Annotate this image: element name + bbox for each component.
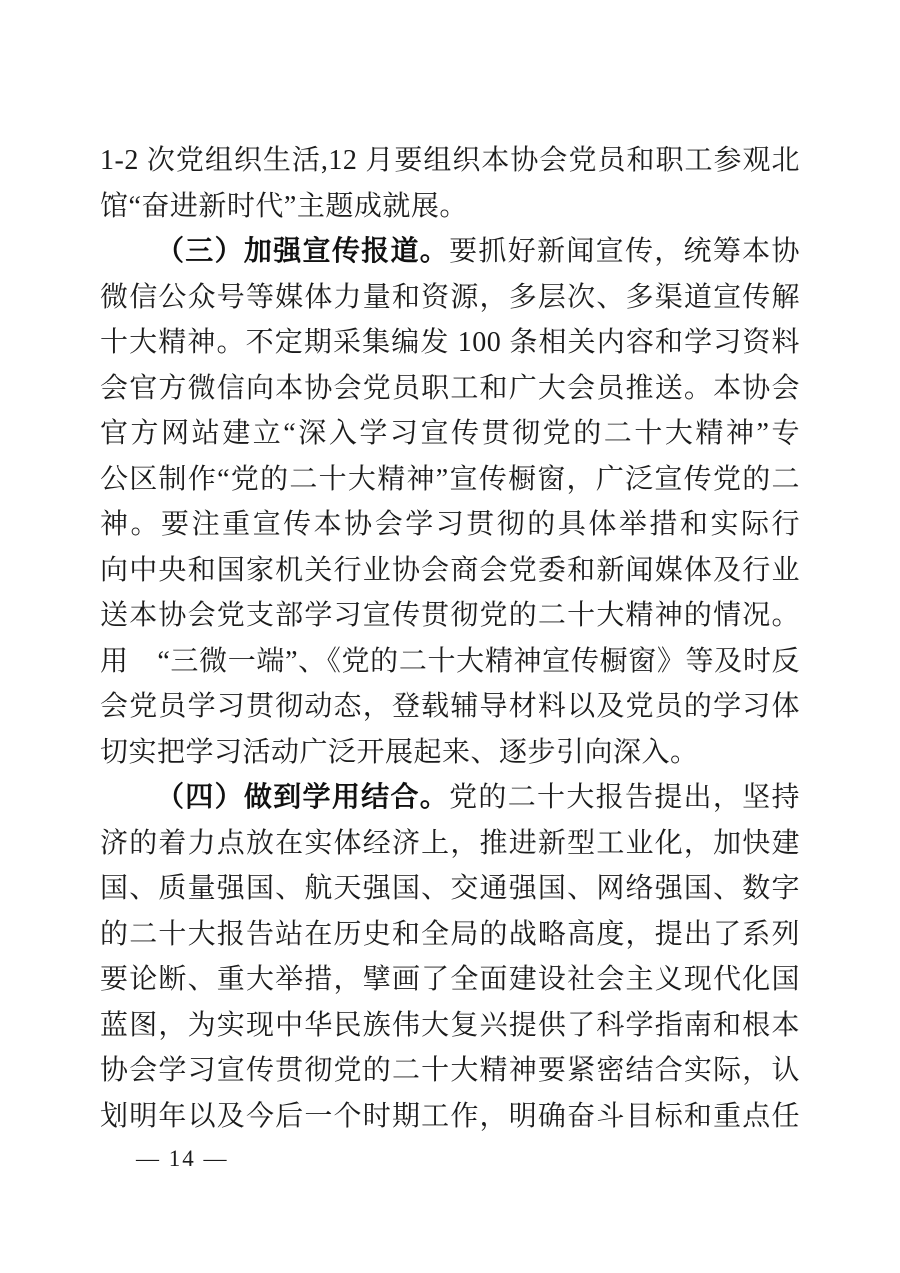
body-line: 公区制作“党的二十大精神”宣传橱窗，广泛宣传党的二十大精 bbox=[100, 457, 800, 503]
body-line: 送本协会党支部学习宣传贯彻党的二十大精神的情况。同时，利 bbox=[100, 593, 800, 639]
body-line: 要论断、重大举措，擘画了全面建设社会主义现代化国家的宏伟 bbox=[100, 957, 800, 1003]
text-block: 1-2 次党组织生活,12 月要组织本协会党员和职工参观北京展览馆“奋进新时代”… bbox=[100, 138, 800, 1139]
body-line: 切实把学习活动广泛开展起来、逐步引向深入。 bbox=[100, 730, 800, 776]
body-line: 国、质量强国、航天强国、交通强国、网络强国、数字中国。党 bbox=[100, 866, 800, 912]
body-line: 神。要注重宣传本协会学习贯彻的具体举措和实际行动，要及时 bbox=[100, 502, 800, 548]
body-line: 会党员学习贯彻动态，登载辅导材料以及党员的学习体会文章， bbox=[100, 684, 800, 730]
body-line: 协会学习宣传贯彻党的二十大精神要紧密结合实际，认真思考谋 bbox=[100, 1048, 800, 1094]
body-line: 十大精神。不定期采集编发 100 条相关内容和学习资料通过本协 bbox=[100, 320, 800, 366]
body-line: （三）加强宣传报道。要抓好新闻宣传，统筹本协会网站、 bbox=[100, 229, 800, 275]
body-line: 划明年以及今后一个时期工作，明确奋斗目标和重点任务，研究 bbox=[100, 1094, 800, 1140]
body-line: 微信公众号等媒体力量和资源，多层次、多渠道宣传解读党的二 bbox=[100, 275, 800, 321]
body-line: 的二十大报告站在历史和全局的战略高度，提出了系列思想、重 bbox=[100, 912, 800, 958]
body-line: 会官方微信向本协会党员职工和广大会员推送。本协会党支部在 bbox=[100, 366, 800, 412]
body-line: 馆“奋进新时代”主题成就展。 bbox=[100, 184, 800, 230]
body-line: 向中央和国家机关行业协会商会党委和新闻媒体及行业报刊报 bbox=[100, 548, 800, 594]
body-line: 用 “三微一端”、《党的二十大精神宣传橱窗》等及时反映本协 bbox=[100, 639, 800, 685]
body-line: （四）做到学用结合。党的二十大报告提出，坚持把发展经 bbox=[100, 775, 800, 821]
body-line: 1-2 次党组织生活,12 月要组织本协会党员和职工参观北京展览 bbox=[100, 138, 800, 184]
section-heading: （三）加强宣传报道。 bbox=[156, 236, 449, 267]
body-line: 官方网站建立“深入学习宣传贯彻党的二十大精神”专栏，在办 bbox=[100, 411, 800, 457]
document-page: 1-2 次党组织生活,12 月要组织本协会党员和职工参观北京展览馆“奋进新时代”… bbox=[0, 0, 900, 1273]
body-line: 济的着力点放在实体经济上，推进新型工业化，加快建设制造强 bbox=[100, 821, 800, 867]
body-line: 蓝图，为实现中华民族伟大复兴提供了科学指南和根本遵循。本 bbox=[100, 1003, 800, 1049]
section-heading: （四）做到学用结合。 bbox=[156, 782, 449, 813]
page-number: — 14 — bbox=[136, 1146, 229, 1172]
